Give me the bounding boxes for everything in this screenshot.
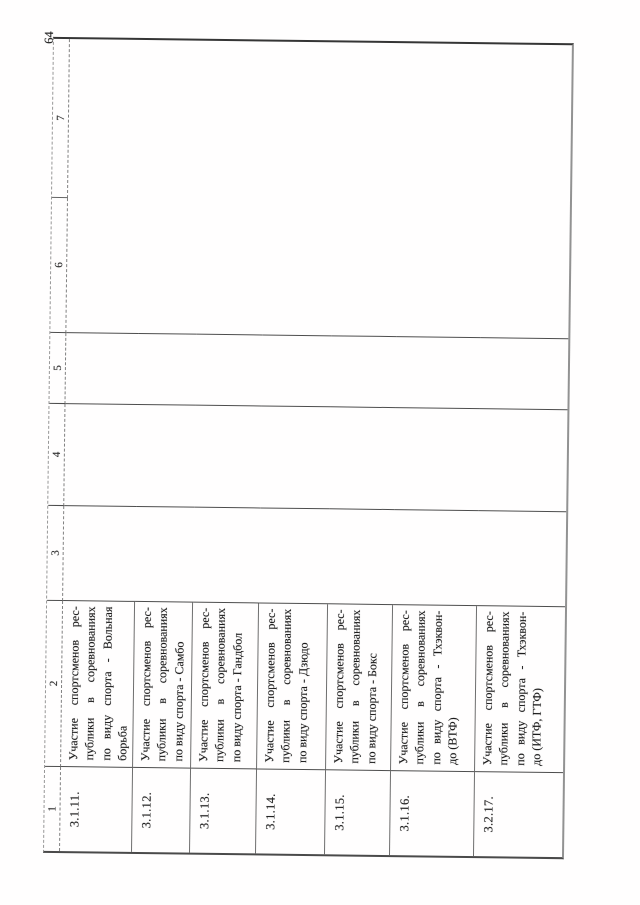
empty-cell-col6 (196, 200, 264, 336)
activity-line: публики в соревнованиях (278, 609, 296, 763)
empty-cell-col5 (137, 334, 196, 406)
empty-cell-col3 (393, 510, 478, 606)
empty-cell-col7 (398, 43, 484, 203)
empty-cell-col5 (261, 335, 331, 407)
empty-cell-col7 (68, 39, 142, 199)
header-cell-3: 3 (47, 506, 64, 601)
activity-line: публики в соревнованиях (154, 607, 172, 761)
rotated-sheet: 64 12345673.1.11.Участие спортсменов рес… (30, 22, 580, 869)
empty-cell-col5 (479, 338, 568, 410)
activity-line: Участие спортсменов рес- (65, 606, 83, 760)
activity-line: Участие спортсменов рес- (137, 607, 155, 761)
activity-line: по виду спорта - Дзюдо (294, 609, 312, 763)
empty-cell-col5 (330, 336, 396, 408)
activity-line: борьба (114, 607, 132, 761)
activity-cell: Участие спортсменов рес-публики в соревн… (391, 605, 477, 772)
empty-cell-col3 (135, 507, 194, 603)
empty-cell-col6 (480, 203, 570, 339)
empty-cell-col4 (329, 407, 395, 510)
table-grid: 12345673.1.11.Участие спортсменов рес-пу… (43, 37, 574, 859)
header-cell-6: 6 (50, 198, 68, 333)
activity-line: публики в соревнованиях (496, 611, 514, 765)
row-number-cell: 3.1.14. (256, 769, 326, 854)
empty-cell-col4 (136, 405, 195, 508)
empty-cell-col5 (395, 337, 480, 409)
activity-cell: Участие спортсменов рес-публики в соревн… (133, 602, 193, 769)
activity-line: до (ВТФ) (444, 611, 462, 765)
empty-cell-col6 (138, 199, 198, 335)
activity-line: по виду спорта - Самбо (170, 607, 188, 761)
header-cell-4: 4 (48, 404, 65, 506)
activity-line: Участие спортсменов рес- (195, 608, 213, 762)
empty-cell-col3 (193, 508, 260, 604)
activity-line: публики в соревнованиях (412, 610, 430, 764)
row-number-cell: 3.1.13. (190, 769, 257, 854)
empty-cell-col5 (195, 335, 262, 407)
empty-cell-col6 (66, 198, 140, 334)
activity-line: публики в соревнованиях (212, 608, 230, 762)
empty-cell-col7 (482, 44, 572, 204)
scanned-page: 64 12345673.1.11.Участие спортсменов рес… (0, 0, 640, 905)
activity-cell: Участие спортсменов рес-публики в соревн… (475, 606, 565, 773)
header-cell-5: 5 (49, 333, 66, 404)
row-number-cell: 3.1.12. (132, 768, 191, 853)
header-cell-1: 1 (44, 767, 61, 851)
empty-cell-col4 (194, 406, 261, 509)
empty-cell-col7 (198, 41, 266, 201)
activity-line: до (ИТФ, ГТФ) (528, 612, 546, 766)
empty-cell-col3 (259, 508, 329, 604)
activity-line: по виду спорта - Тхэквон- (512, 612, 530, 766)
empty-cell-col7 (140, 40, 200, 200)
activity-line: Участие спортсменов рес- (261, 608, 279, 762)
row-number-cell: 3.1.16. (390, 771, 475, 856)
empty-cell-col6 (262, 200, 333, 336)
activity-line: по виду спорта - Гандбол (228, 608, 246, 762)
empty-cell-col3 (477, 511, 566, 607)
activity-line: по виду спорта - Вольная (98, 607, 116, 761)
activity-cell: Участие спортсменов рес-публики в соревн… (257, 603, 328, 770)
empty-cell-col4 (394, 408, 479, 511)
activity-line: по виду спорта - Бокс (363, 610, 381, 764)
empty-cell-col3 (63, 506, 136, 602)
activity-cell: Участие спортсменов рес-публики в соревн… (191, 603, 259, 770)
row-number-cell: 3.2.17. (474, 772, 563, 857)
row-number-cell: 3.1.15. (325, 770, 391, 855)
empty-cell-col6 (396, 202, 482, 338)
empty-cell-col6 (331, 201, 398, 337)
empty-cell-col4 (260, 406, 330, 509)
activity-line: публики в соревнованиях (347, 610, 365, 764)
activity-line: Участие спортсменов рес- (395, 610, 413, 764)
activity-line: Участие спортсменов рес- (330, 609, 348, 763)
activity-line: Участие спортсменов рес- (479, 611, 497, 765)
empty-cell-col5 (65, 333, 138, 405)
empty-cell-col4 (64, 404, 137, 507)
activity-cell: Участие спортсменов рес-публики в соревн… (61, 601, 135, 768)
activity-line: по виду спорта - Тхэквон- (428, 611, 446, 765)
empty-cell-col7 (333, 42, 400, 202)
empty-cell-col3 (328, 509, 394, 605)
empty-cell-col4 (478, 409, 567, 512)
activity-line: публики в соревнованиях (82, 606, 100, 760)
activity-cell: Участие спортсменов рес-публики в соревн… (326, 604, 393, 771)
row-number-cell: 3.1.11. (60, 767, 133, 852)
empty-cell-col7 (264, 41, 335, 201)
header-cell-7: 7 (52, 39, 70, 198)
